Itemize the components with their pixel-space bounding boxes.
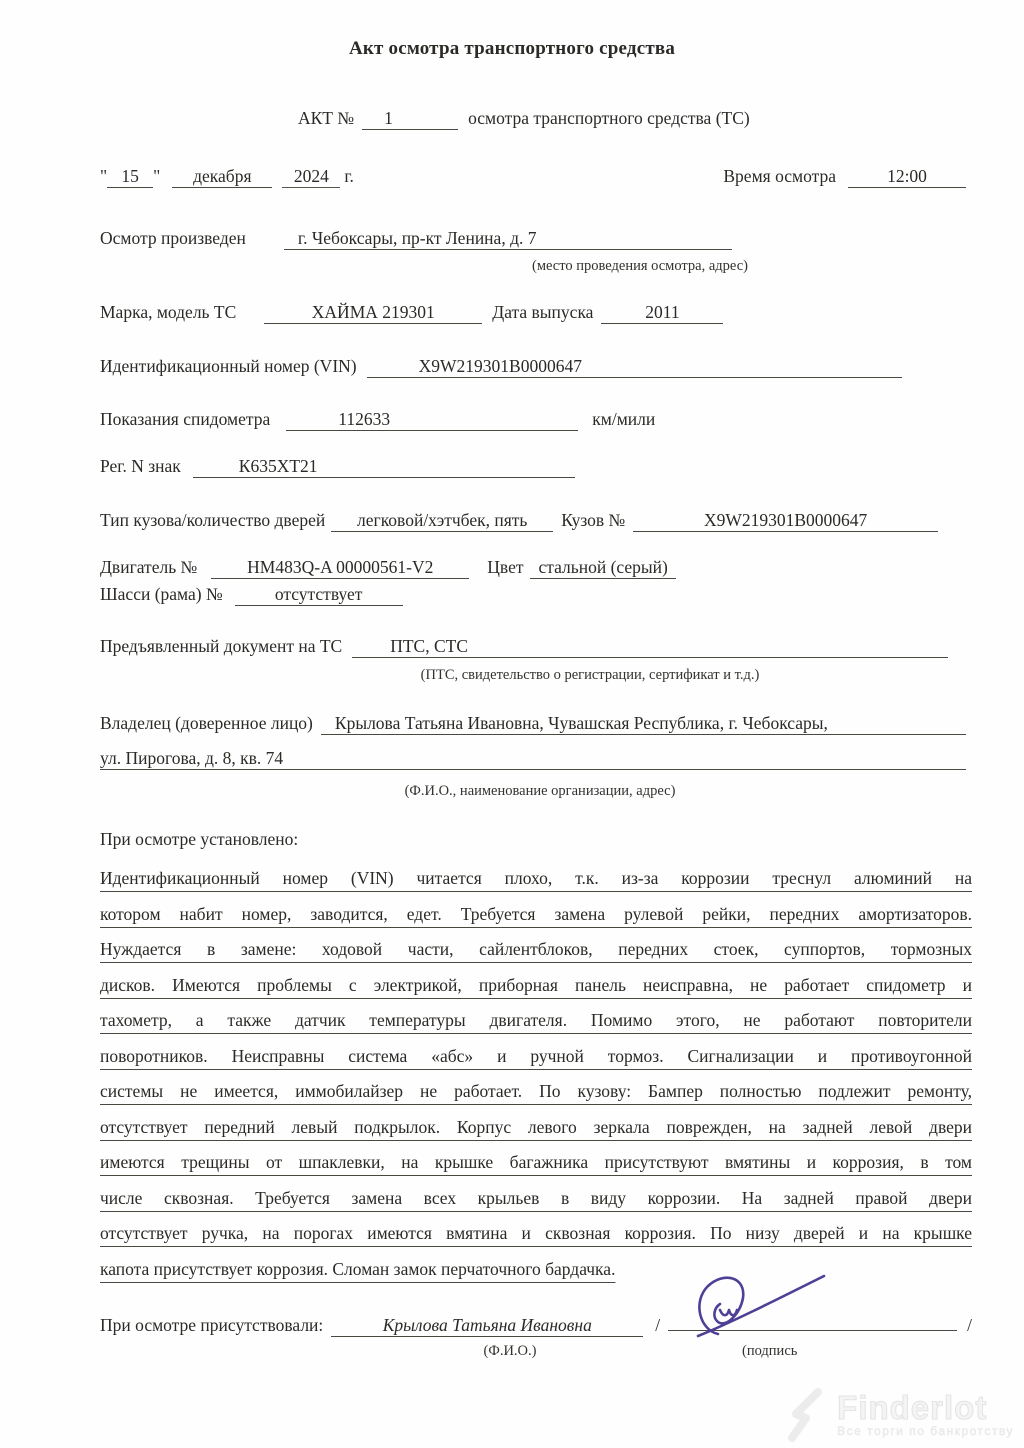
issue-date-label: Дата выпуска [492,302,593,323]
signature [680,1268,830,1342]
body-type-label: Тип кузова/количество дверей [100,510,325,531]
plate-value: К635ХТ21 [193,456,575,478]
owner-hint: (Ф.И.О., наименование организации, адрес… [300,783,780,800]
findings-line: отсутствует передний левый подкрылок. Ко… [100,1110,972,1146]
findings-heading-row: При осмотре установлено: [100,829,966,850]
findings-line: системы не имеется, иммобилайзер не рабо… [100,1074,972,1110]
date-month-value: декабря [172,166,272,188]
date-day-value: 15 [107,166,153,188]
owner-value-line1: Крылова Татьяна Ивановна, Чувашская Респ… [321,713,966,735]
place-hint: (место проведения осмотра, адрес) [500,258,780,275]
owner-row: Владелец (доверенное лицо) Крылова Татья… [100,713,966,735]
attendee-name-hint: (Ф.И.О.) [430,1343,590,1360]
chassis-value: отсутствует [235,584,403,606]
docs-row: Предъявленный документ на ТС ПТС, СТС [100,636,948,658]
engine-label: Двигатель № [100,557,197,578]
place-row: Осмотр произведен г. Чебоксары, пр-кт Ле… [100,228,966,250]
body-row: Тип кузова/количество дверей легковой/хэ… [100,510,938,532]
vin-row: Идентификационный номер (VIN) X9W219301B… [100,356,902,378]
close-quote: " [153,166,160,187]
docs-label: Предъявленный документ на ТС [100,636,342,657]
findings-paragraph: Идентификационный номер (VIN) читается п… [100,861,972,1287]
vin-label: Идентификационный номер (VIN) [100,356,357,377]
body-number-label: Кузов № [561,510,625,531]
place-value: г. Чебоксары, пр-кт Ленина, д. 7 [284,228,732,250]
time-value: 12:00 [848,166,966,188]
date-time-row: " 15 " декабря 2024 г. Время осмотра 12:… [100,166,966,188]
attendees-label: При осмотре присутствовали: [100,1315,323,1336]
attendees-row: При осмотре присутствовали: Крылова Тать… [100,1315,972,1337]
date-year-suffix: г. [344,166,354,187]
docs-hint: (ПТС, свидетельство о регистрации, серти… [330,667,850,684]
odometer-label: Показания спидометра [100,409,270,430]
findings-line: Нуждается в замене: ходовой части, сайле… [100,932,972,968]
findings-line: поворотников. Неисправны система «абс» и… [100,1039,972,1075]
vin-value: X9W219301B0000647 [367,356,902,378]
plate-label: Рег. N знак [100,456,181,477]
scanned-document-page: Акт осмотра транспортного средства АКТ №… [0,0,1024,1448]
finderlot-watermark: Finderlot Все торги по банкротству [780,1384,1014,1446]
place-label: Осмотр произведен [100,228,246,249]
attendee-name: Крылова Татьяна Ивановна [331,1315,643,1337]
owner-value-line2: ул. Пирогова, д. 8, кв. 74 [100,748,966,770]
separator-slash: / [655,1315,660,1336]
issue-date-value: 2011 [601,302,723,324]
chassis-label: Шасси (рама) № [100,584,223,605]
findings-line: капота присутствует коррозия. Сломан зам… [100,1252,972,1288]
model-row: Марка, модель ТС ХАЙМА 219301 Дата выпус… [100,302,966,324]
signature-hint: (подпись [742,1343,862,1360]
model-label: Марка, модель ТС [100,302,236,323]
docs-value: ПТС, СТС [352,636,948,658]
act-number-line: АКТ № 1 осмотра транспортного средства (… [298,108,750,130]
findings-line: Идентификационный номер (VIN) читается п… [100,861,972,897]
open-quote: " [100,166,107,187]
act-rest-label: осмотра транспортного средства (ТС) [468,108,750,129]
act-number-value: 1 [362,108,458,130]
findings-line: отсутствует ручка, на порогах имеются вм… [100,1216,972,1252]
odometer-units: км/мили [592,409,655,430]
finderlot-logo-icon [780,1384,832,1446]
findings-heading: При осмотре установлено: [100,829,298,850]
model-value: ХАЙМА 219301 [264,302,482,324]
engine-value: HM483Q-A 00000561-V2 [211,557,469,579]
separator-slash: / [967,1315,972,1336]
engine-row: Двигатель № HM483Q-A 00000561-V2 Цвет ст… [100,557,966,579]
findings-line: тахометр, а также датчик температуры дви… [100,1003,972,1039]
findings-line: имеются трещины от шпаклевки, на крышке … [100,1145,972,1181]
act-label: АКТ № [298,108,354,129]
signature-field [668,1330,957,1331]
date-year-value: 2024 [282,166,340,188]
plate-row: Рег. N знак К635ХТ21 [100,456,966,478]
watermark-tagline: Все торги по банкротству [837,1424,1014,1438]
watermark-brand: Finderlot [837,1393,1014,1423]
body-number-value: X9W219301B0000647 [633,510,938,532]
chassis-row: Шасси (рама) № отсутствует [100,584,966,606]
findings-line: дисков. Имеются проблемы с электрикой, п… [100,968,972,1004]
owner-row-2: ул. Пирогова, д. 8, кв. 74 [100,748,966,770]
color-value: стальной (серый) [530,557,675,579]
time-label: Время осмотра [723,166,836,187]
owner-label: Владелец (доверенное лицо) [100,713,313,734]
color-label: Цвет [487,557,523,578]
findings-line: котором набит номер, заводится, едет. Тр… [100,897,972,933]
odometer-value: 112633 [286,409,578,431]
odometer-row: Показания спидометра 112633 км/мили [100,409,966,431]
findings-line: числе сквозная. Требуется замена всех кр… [100,1181,972,1217]
body-type-value: легковой/хэтчбек, пять [331,510,553,532]
document-title: Акт осмотра транспортного средства [0,38,1024,60]
